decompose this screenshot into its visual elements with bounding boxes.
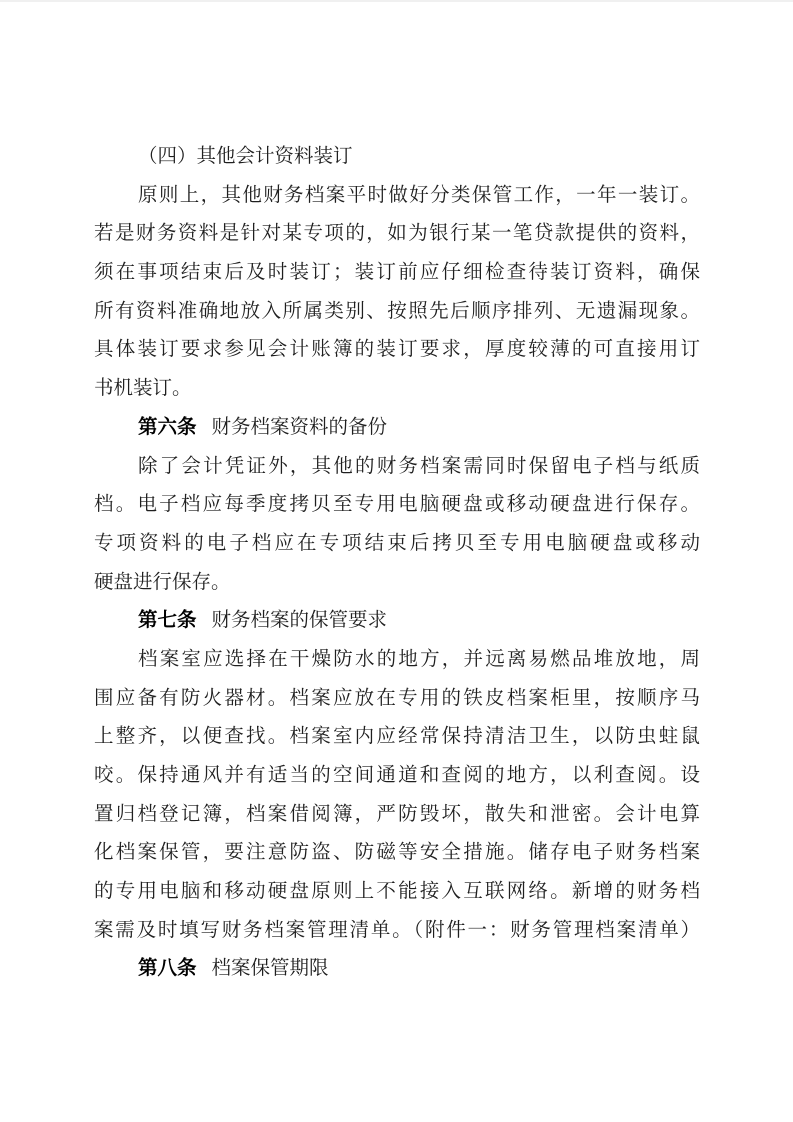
text-line: 上整齐，以便查找。档案室内应经常保持清洁卫生，以防虫蛀鼠 bbox=[94, 718, 700, 757]
article-heading-line: 第八条档案保管期限 bbox=[94, 950, 700, 989]
section-subheading-line: （四）其他会计资料装订 bbox=[94, 138, 700, 177]
document-body: （四）其他会计资料装订原则上，其他财务档案平时做好分类保管工作，一年一装订。若是… bbox=[94, 138, 700, 989]
article-number: 第七条 bbox=[138, 610, 197, 631]
text-line: 原则上，其他财务档案平时做好分类保管工作，一年一装订。 bbox=[94, 177, 700, 216]
text-line: 除了会计凭证外，其他的财务档案需同时保留电子档与纸质 bbox=[94, 448, 700, 487]
text-line: 档案室应选择在干燥防水的地方，并远离易燃品堆放地，周 bbox=[94, 641, 700, 680]
text-line: 若是财务资料是针对某专项的，如为银行某一笔贷款提供的资料， bbox=[94, 215, 700, 254]
article-heading-line: 第六条财务档案资料的备份 bbox=[94, 409, 700, 448]
text-line: 围应备有防火器材。档案应放在专用的铁皮档案柜里，按顺序马 bbox=[94, 680, 700, 719]
text-line: 的专用电脑和移动硬盘原则上不能接入互联网络。新增的财务档 bbox=[94, 873, 700, 912]
article-heading-line: 第七条财务档案的保管要求 bbox=[94, 602, 700, 641]
text-line: 所有资料准确地放入所属类别、按照先后顺序排列、无遗漏现象。 bbox=[94, 293, 700, 332]
article-title: 财务档案的保管要求 bbox=[212, 610, 388, 631]
article-number: 第六条 bbox=[138, 417, 197, 438]
article-title: 档案保管期限 bbox=[212, 958, 329, 979]
text-line: 书机装订。 bbox=[94, 370, 700, 409]
article-number: 第八条 bbox=[138, 958, 197, 979]
text-line: 案需及时填写财务档案管理清单。（附件一：财务管理档案清单） bbox=[94, 912, 700, 951]
text-line: 咬。保持通风并有适当的空间通道和查阅的地方，以利查阅。设 bbox=[94, 757, 700, 796]
text-line: 档。电子档应每季度拷贝至专用电脑硬盘或移动硬盘进行保存。 bbox=[94, 486, 700, 525]
text-line: 硬盘进行保存。 bbox=[94, 564, 700, 603]
document-page: （四）其他会计资料装订原则上，其他财务档案平时做好分类保管工作，一年一装订。若是… bbox=[0, 0, 793, 1122]
text-line: 须在事项结束后及时装订；装订前应仔细检查待装订资料，确保 bbox=[94, 254, 700, 293]
text-line: 具体装订要求参见会计账簿的装订要求，厚度较薄的可直接用订 bbox=[94, 331, 700, 370]
article-title: 财务档案资料的备份 bbox=[212, 417, 388, 438]
text-line: 化档案保管，要注意防盗、防磁等安全措施。储存电子财务档案 bbox=[94, 834, 700, 873]
text-line: 置归档登记簿，档案借阅簿，严防毁坏，散失和泄密。会计电算 bbox=[94, 796, 700, 835]
text-line: 专项资料的电子档应在专项结束后拷贝至专用电脑硬盘或移动 bbox=[94, 525, 700, 564]
